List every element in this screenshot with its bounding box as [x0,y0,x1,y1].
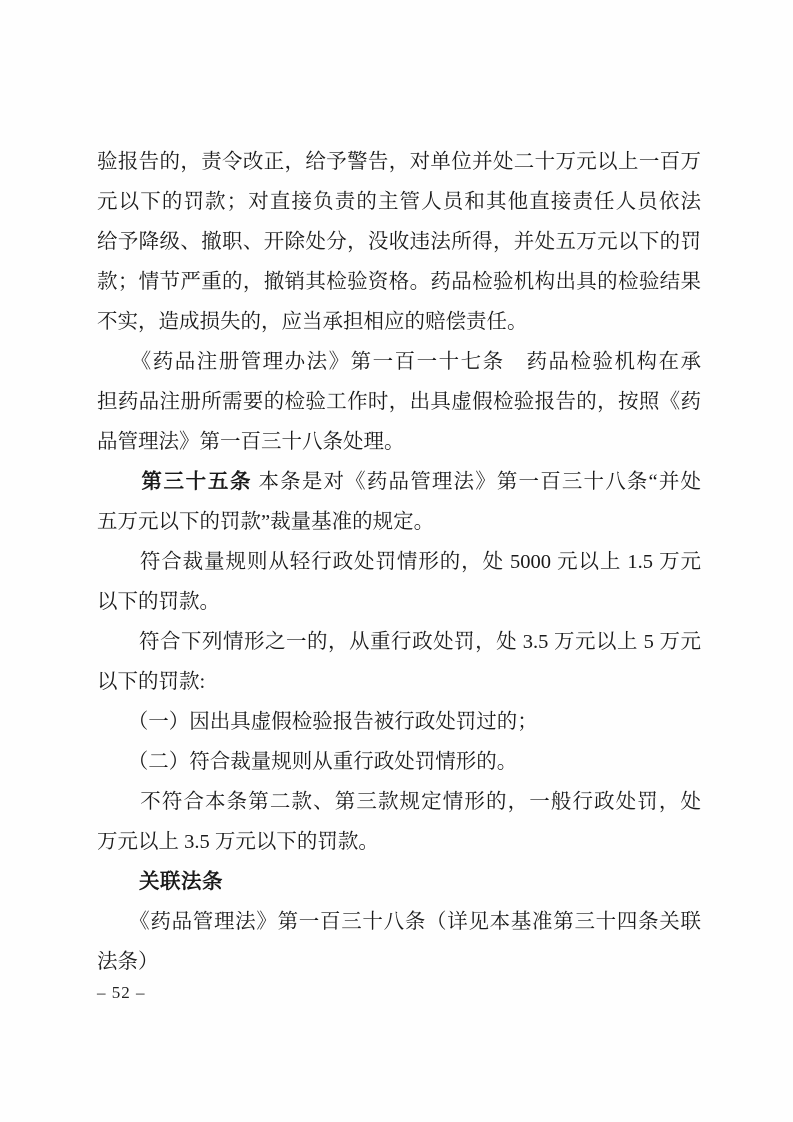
text-line-list-item: （二）符合裁量规则从重行政处罚情形的。 [97,742,701,782]
text-line: 以下的罚款: [97,662,701,702]
text-line-article: 第三十五条 本条是对《药品管理法》第一百三十八条“并处 [97,462,701,502]
text-line: 验报告的，责令改正，给予警告，对单位并处二十万元以上一百万 [97,142,701,182]
document-body: 验报告的，责令改正，给予警告，对单位并处二十万元以上一百万 元以下的罚款；对直接… [97,142,701,982]
text-line-citation: 《药品注册管理办法》第一百一十七条 药品检验机构在承 [97,342,701,382]
text-line: 符合裁量规则从轻行政处罚情形的，处 5000 元以上 1.5 万元 [97,542,701,582]
document-page: 验报告的，责令改正，给予警告，对单位并处二十万元以上一百万 元以下的罚款；对直接… [0,0,793,1122]
article-body-text: 本条是对《药品管理法》第一百三十八条“并处 [252,471,701,493]
text-line: 元以下的罚款；对直接负责的主管人员和其他直接责任人员依法 [97,182,701,222]
text-line-citation: 品管理法》第一百三十八条处理。 [97,422,701,462]
text-line: 万元以上 3.5 万元以下的罚款。 [97,822,701,862]
text-line-citation: 法条） [97,942,701,982]
text-line-list-item: （一）因出具虚假检验报告被行政处罚过的； [97,702,701,742]
section-heading-text: 关联法条 [97,870,223,893]
text-line: 五万元以下的罚款”裁量基准的规定。 [97,502,701,542]
text-line: 给予降级、撤职、开除处分，没收违法所得，并处五万元以下的罚 [97,222,701,262]
text-line: 以下的罚款。 [97,582,701,622]
text-line-citation: 《药品管理法》第一百三十八条（详见本基准第三十四条关联 [97,902,701,942]
page-number: – 52 – [97,980,146,1006]
text-line: 符合下列情形之一的，从重行政处罚，处 3.5 万元以上 5 万元 [97,622,701,662]
text-line: 不实，造成损失的，应当承担相应的赔偿责任。 [97,302,701,342]
article-number-label: 第三十五条 [97,470,252,493]
text-line-citation: 担药品注册所需要的检验工作时，出具虚假检验报告的，按照《药 [97,382,701,422]
text-line: 款；情节严重的，撤销其检验资格。药品检验机构出具的检验结果 [97,262,701,302]
text-line: 不符合本条第二款、第三款规定情形的，一般行政处罚，处 1.5 [97,782,701,822]
section-heading: 关联法条 [97,862,701,902]
